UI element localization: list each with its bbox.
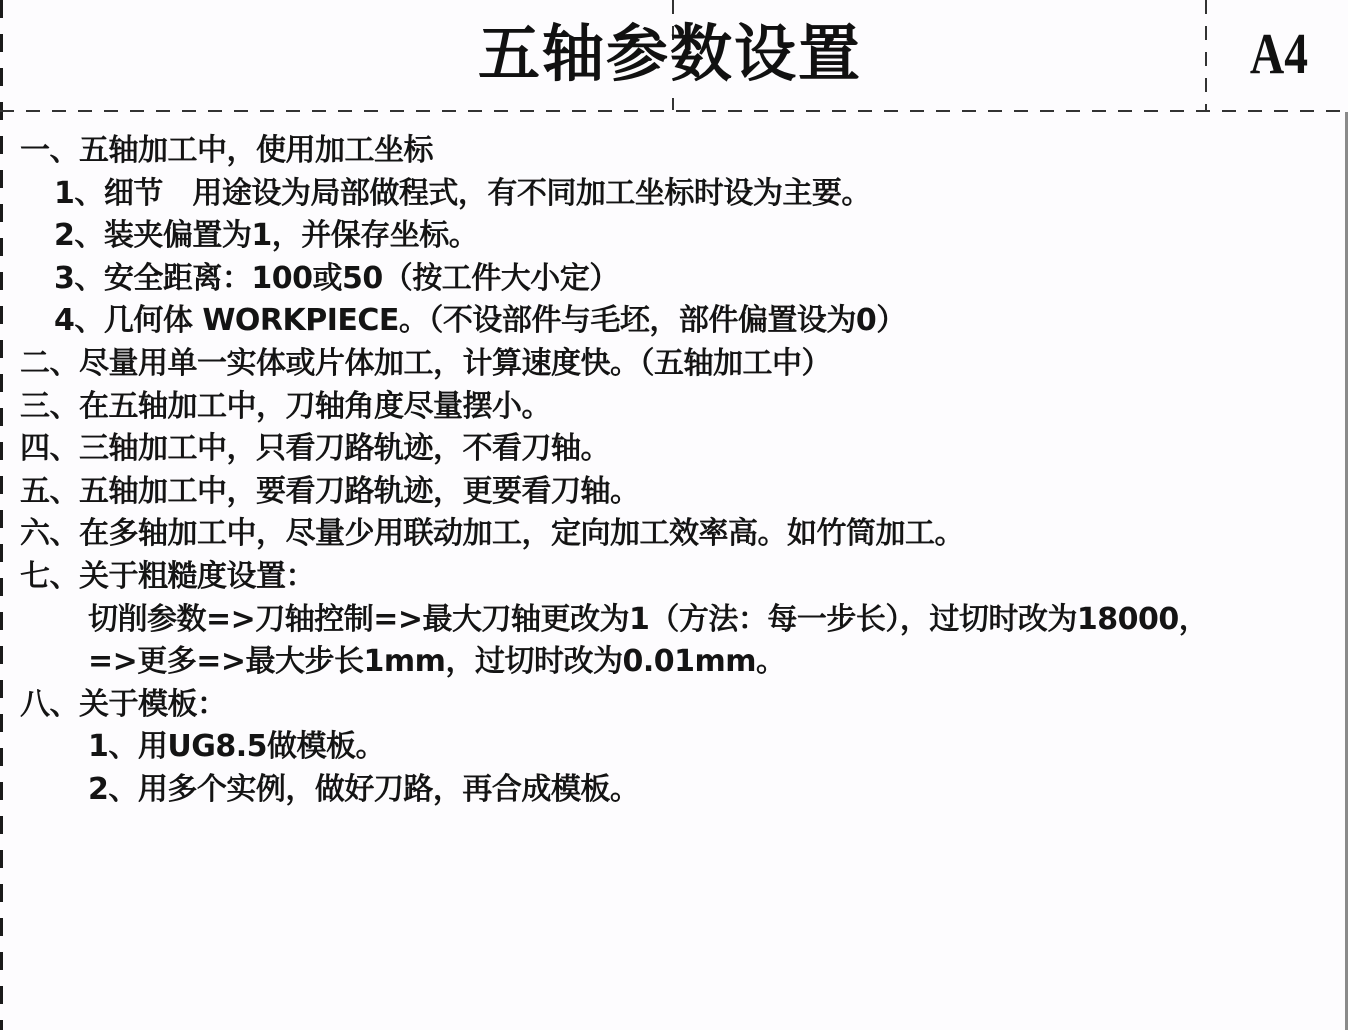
page-title: 五轴参数设置: [440, 12, 900, 96]
section-1-item-2: 2、装夹偏置为1，并保存坐标。: [20, 215, 1330, 258]
header-left-divider-tick: [672, 98, 674, 110]
sheet-size-label: A4: [1231, 16, 1328, 92]
section-1-heading: 一、五轴加工中，使用加工坐标: [20, 130, 1330, 173]
section-5-heading: 五、五轴加工中，要看刀路轨迹，更要看刀轴。: [20, 471, 1330, 514]
header-right-divider: [1205, 0, 1207, 112]
section-7-heading: 七、关于粗糙度设置：: [20, 556, 1330, 599]
section-4-heading: 四、三轴加工中，只看刀路轨迹，不看刀轴。: [20, 428, 1330, 471]
section-2-heading: 二、尽量用单一实体或片体加工，计算速度快。（五轴加工中）: [20, 343, 1330, 386]
section-1-item-4: 4、几何体 WORKPIECE。（不设部件与毛坯，部件偏置设为0）: [20, 300, 1330, 343]
section-8-heading: 八、关于模板：: [20, 684, 1330, 727]
section-6-heading: 六、在多轴加工中，尽量少用联动加工，定向加工效率高。如竹筒加工。: [20, 513, 1330, 556]
section-7-item-2: =>更多=>最大步长1mm，过切时改为0.01mm。: [20, 641, 1330, 684]
section-3-heading: 三、在五轴加工中，刀轴角度尽量摆小。: [20, 386, 1330, 429]
section-7-item-1: 切削参数=>刀轴控制=>最大刀轴更改为1（方法：每一步长），过切时改为18000…: [20, 599, 1330, 642]
section-1-item-3: 3、安全距离：100或50（按工件大小定）: [20, 258, 1330, 301]
section-8-item-1: 1、用UG8.5做模板。: [20, 726, 1330, 769]
section-1-item-1: 1、细节 用途设为局部做程式，有不同加工坐标时设为主要。: [20, 173, 1330, 216]
header-divider: [0, 110, 1348, 112]
page-left-border: [0, 0, 3, 1030]
document-body: 一、五轴加工中，使用加工坐标 1、细节 用途设为局部做程式，有不同加工坐标时设为…: [20, 130, 1330, 812]
section-8-item-2: 2、用多个实例，做好刀路，再合成模板。: [20, 769, 1330, 812]
